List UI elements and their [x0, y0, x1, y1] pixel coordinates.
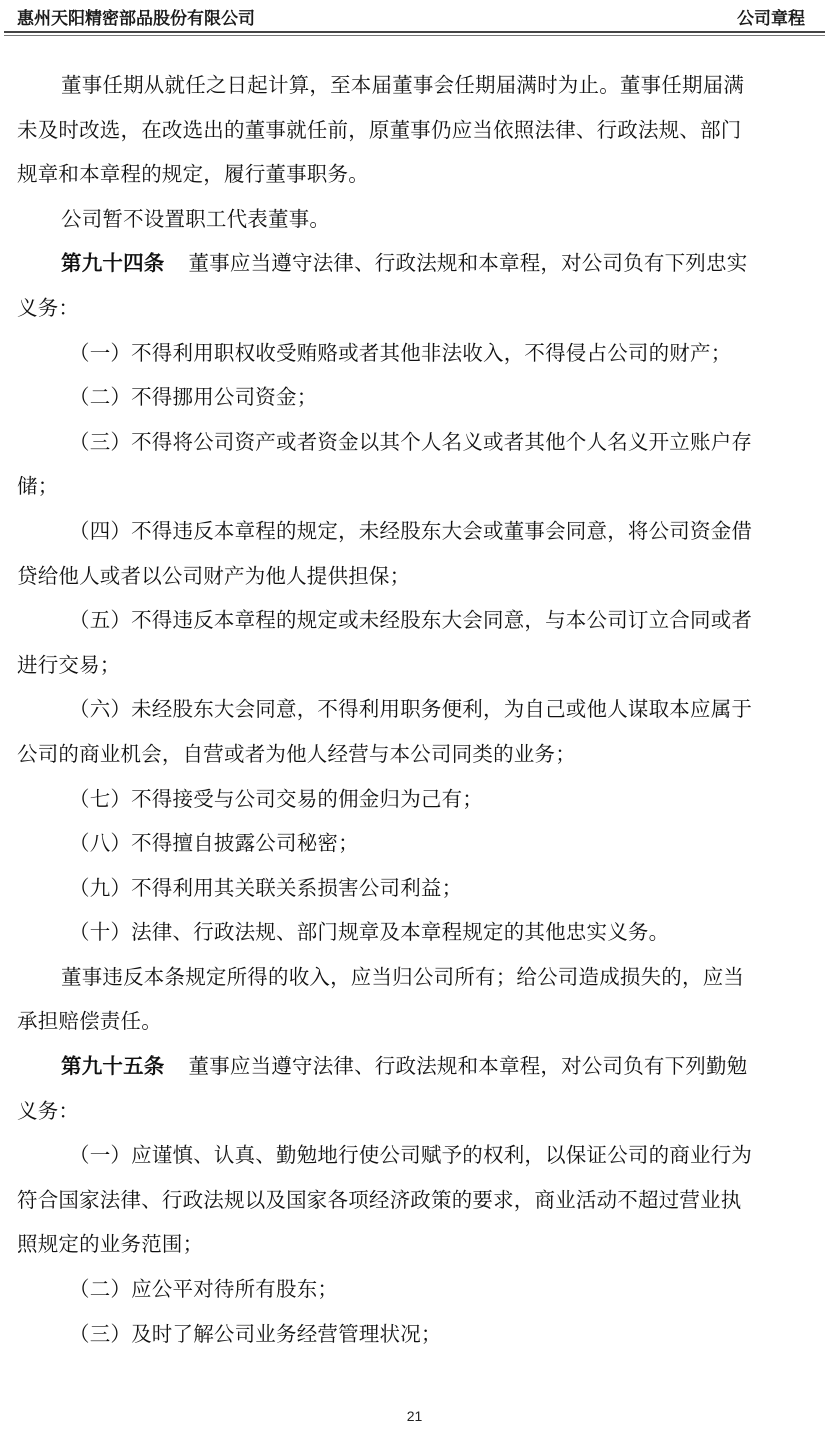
text-line: 承担赔偿责任。: [17, 999, 812, 1044]
header-divider-thick: [4, 31, 825, 33]
text-line: 规章和本章程的规定，履行董事职务。: [17, 152, 812, 197]
list-item-continuation: 公司的商业机会，自营或者为他人经营与本公司同类的业务；: [17, 732, 812, 777]
list-item: （五）不得违反本章程的规定或未经股东大会同意，与本公司订立合同或者: [17, 598, 812, 643]
list-item-continuation: 符合国家法律、行政法规以及国家各项经济政策的要求，商业活动不超过营业执: [17, 1178, 812, 1223]
text-line: 董事违反本条规定所得的收入，应当归公司所有；给公司造成损失的，应当: [17, 955, 812, 1000]
text-line: 义务：: [17, 1089, 812, 1134]
list-item: （九）不得利用其关联关系损害公司利益；: [17, 866, 812, 911]
article-label: 第九十四条: [61, 251, 165, 275]
list-item: （七）不得接受与公司交易的佣金归为己有；: [17, 777, 812, 822]
article-94: 第九十四条董事应当遵守法律、行政法规和本章程，对公司负有下列忠实 义务： （一）…: [17, 241, 812, 1044]
list-item: （二）应公平对待所有股东；: [17, 1267, 812, 1312]
article-94-heading-line: 第九十四条董事应当遵守法律、行政法规和本章程，对公司负有下列忠实: [17, 241, 812, 286]
list-item: （十）法律、行政法规、部门规章及本章程规定的其他忠实义务。: [17, 910, 812, 955]
document-body: 董事任期从就任之日起计算，至本届董事会任期届满时为止。董事任期届满 未及时改选，…: [17, 63, 812, 1356]
list-item: （三）及时了解公司业务经营管理状况；: [17, 1312, 812, 1357]
article-95: 第九十五条董事应当遵守法律、行政法规和本章程，对公司负有下列勤勉 义务： （一）…: [17, 1044, 812, 1356]
article-label: 第九十五条: [61, 1054, 165, 1078]
text-line: 董事应当遵守法律、行政法规和本章程，对公司负有下列勤勉: [189, 1054, 748, 1078]
text-line: 董事任期从就任之日起计算，至本届董事会任期届满时为止。董事任期届满: [17, 63, 812, 108]
text-line: 义务：: [17, 286, 812, 331]
list-item-continuation: 照规定的业务范围；: [17, 1222, 812, 1267]
list-item-continuation: 储；: [17, 464, 812, 509]
list-item: （三）不得将公司资产或者资金以其个人名义或者其他个人名义开立账户存: [17, 420, 812, 465]
list-item: （二）不得挪用公司资金；: [17, 375, 812, 420]
text-line: 董事应当遵守法律、行政法规和本章程，对公司负有下列忠实: [189, 251, 748, 275]
company-name: 惠州天阳精密部品股份有限公司: [17, 4, 255, 29]
page-number: 21: [0, 1408, 829, 1424]
paragraph-term-of-office: 董事任期从就任之日起计算，至本届董事会任期届满时为止。董事任期届满 未及时改选，…: [17, 63, 812, 197]
list-item: （八）不得擅自披露公司秘密；: [17, 821, 812, 866]
page-header: 惠州天阳精密部品股份有限公司 公司章程: [0, 0, 829, 40]
list-item: （一）应谨慎、认真、勤勉地行使公司赋予的权利，以保证公司的商业行为: [17, 1133, 812, 1178]
paragraph-no-employee-director: 公司暂不设置职工代表董事。: [17, 197, 812, 242]
text-line: 未及时改选，在改选出的董事就任前，原董事仍应当依照法律、行政法规、部门: [17, 108, 812, 153]
article-95-heading-line: 第九十五条董事应当遵守法律、行政法规和本章程，对公司负有下列勤勉: [17, 1044, 812, 1089]
header-divider-thin: [4, 35, 825, 36]
list-item-continuation: 进行交易；: [17, 643, 812, 688]
list-item-continuation: 贷给他人或者以公司财产为他人提供担保；: [17, 554, 812, 599]
list-item: （一）不得利用职权收受贿赂或者其他非法收入，不得侵占公司的财产；: [17, 331, 812, 376]
list-item: （六）未经股东大会同意，不得利用职务便利，为自己或他人谋取本应属于: [17, 687, 812, 732]
document-title: 公司章程: [737, 4, 805, 29]
list-item: （四）不得违反本章程的规定，未经股东大会或董事会同意，将公司资金借: [17, 509, 812, 554]
